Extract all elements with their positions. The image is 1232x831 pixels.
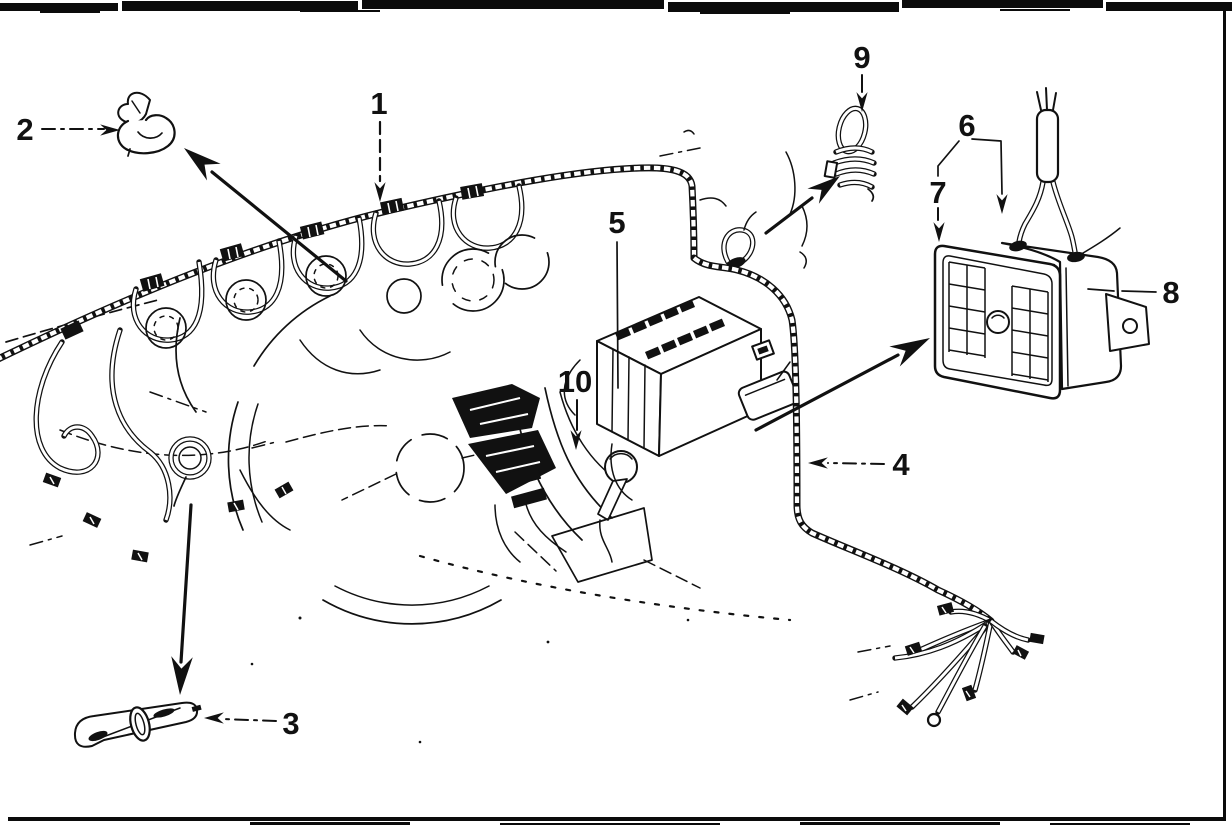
callout-2-label: 2: [16, 112, 33, 147]
callout-9: 9: [853, 40, 870, 112]
callout-10-label: 10: [558, 364, 592, 399]
wiring-harness-diagram: 1 2 3 4 5 6 7: [0, 0, 1232, 831]
callout-2: 2: [16, 112, 120, 147]
fuse-box-cover: [935, 246, 1060, 398]
wire-strap: [75, 703, 202, 747]
callout-10: 10: [558, 364, 592, 450]
instrument-cluster: [60, 183, 549, 374]
gear-shifter: [420, 451, 790, 620]
taped-wires: [1008, 88, 1086, 263]
harness-branch-connectors: [850, 602, 1045, 726]
harness-strap-coil: [825, 106, 874, 201]
harness-clip: [118, 93, 175, 156]
callout-3: 3: [204, 706, 300, 741]
callout-7-label: 7: [929, 175, 946, 210]
callout-8-label: 8: [1162, 275, 1179, 310]
branch-terminals: [896, 602, 1044, 726]
callout-9-label: 9: [853, 40, 870, 75]
callout-4-label: 4: [892, 447, 910, 482]
callout-3-label: 3: [282, 706, 299, 741]
callout-4: 4: [808, 447, 910, 482]
harness-knot: [700, 198, 756, 271]
callout-7: 7: [929, 175, 946, 242]
steering-wheel: [228, 296, 612, 624]
fuse-block: [564, 297, 799, 500]
main-dash-harness: [0, 168, 694, 360]
scan-speckles: [251, 617, 690, 744]
left-harness-branches: [30, 318, 293, 562]
callout-6-label: 6: [958, 108, 975, 143]
scanned-manual-page: 1 2 3 4 5 6 7: [0, 0, 1232, 831]
callout-5-label: 5: [608, 205, 625, 240]
callout-6: 6: [938, 108, 1008, 214]
callout-1: 1: [370, 86, 387, 202]
callout-1-label: 1: [370, 86, 387, 121]
column-switch-connectors: [452, 384, 566, 562]
